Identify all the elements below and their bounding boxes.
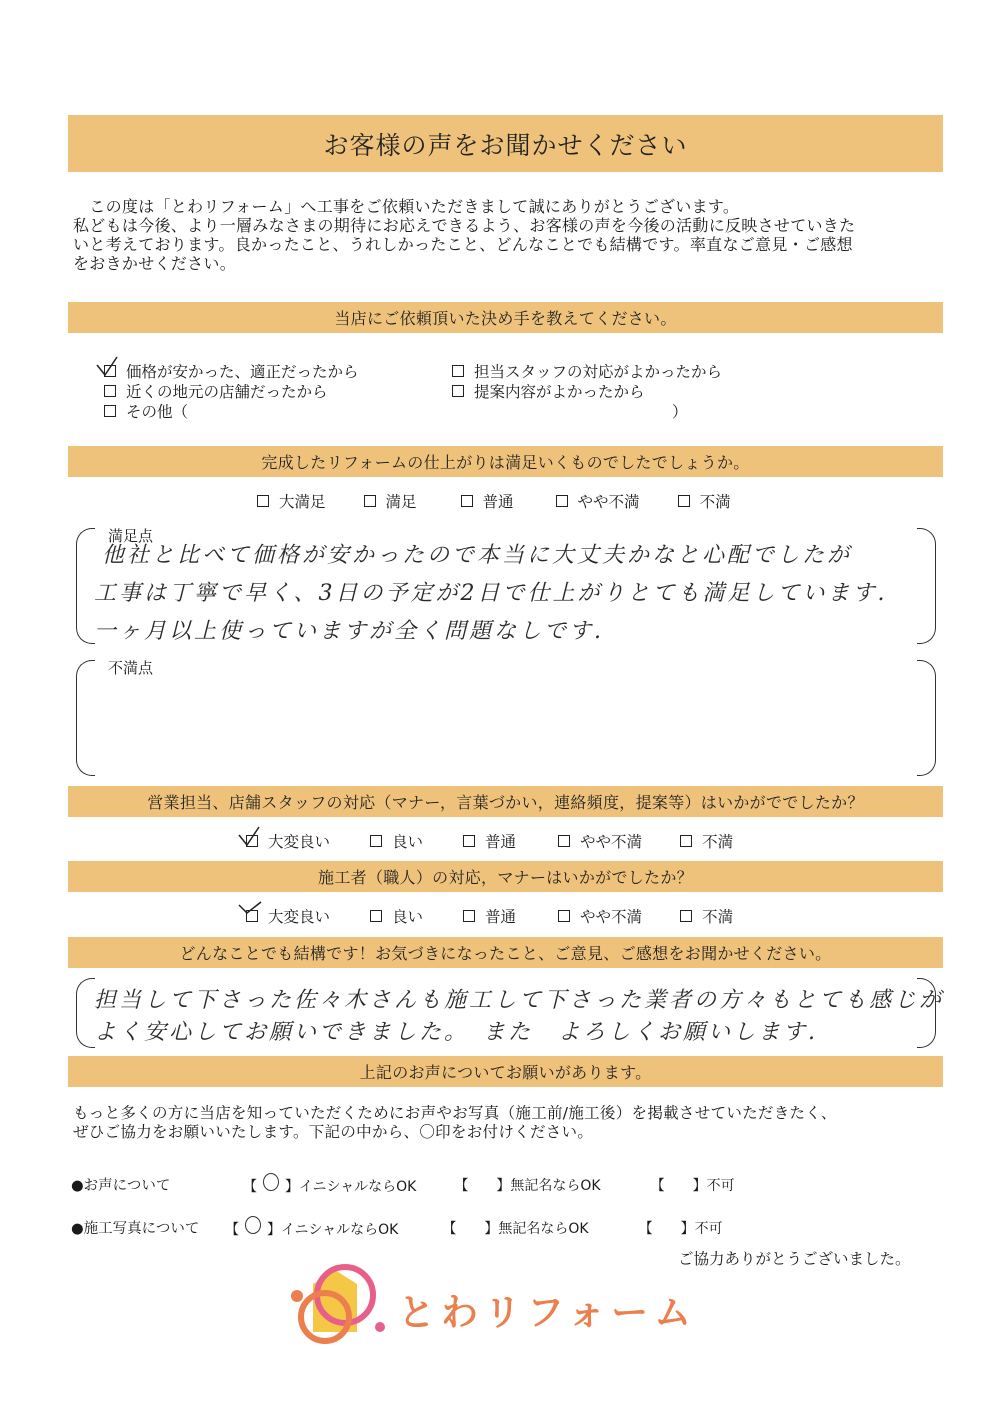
- option-label: 普通: [485, 830, 516, 852]
- request-body: もっと多くの方に当店を知っていただくためにお声やお写真（施工前/施工後）を掲載さ…: [73, 1104, 933, 1142]
- q4-option[interactable]: 良い: [370, 905, 423, 927]
- q5-heading-bar: どんなことでも結構です！お気づきになったこと、ご意見、ご感想をお聞かせください。: [68, 937, 943, 968]
- q3-option[interactable]: 大変良い: [246, 830, 330, 852]
- thanks-text: ご協力ありがとうございました。: [678, 1247, 911, 1269]
- q1-heading: 当店にご依頼頂いた決め手を教えてください。: [334, 306, 676, 329]
- checkbox[interactable]: [680, 835, 692, 847]
- logo-icon: [285, 1262, 395, 1347]
- checkbox[interactable]: [452, 365, 464, 377]
- q4-heading-bar: 施工者（職人）の対応，マナーはいかがでしたか？: [68, 861, 943, 892]
- checkbox[interactable]: [558, 910, 570, 922]
- checkbox[interactable]: [463, 835, 475, 847]
- checkbox[interactable]: [452, 385, 464, 397]
- choice-decline[interactable]: 【】不可: [639, 1218, 723, 1238]
- option-label: 不満: [702, 905, 733, 927]
- option-label: 不満: [700, 490, 731, 512]
- q3-option[interactable]: 不満: [680, 830, 733, 852]
- option-label: やや不満: [580, 830, 642, 852]
- circle-mark: [263, 1173, 279, 1191]
- page-title: お客様の声をお聞かせください: [323, 126, 687, 162]
- checkbox[interactable]: [558, 835, 570, 847]
- option-label: 大変良い: [268, 830, 330, 852]
- q2-option[interactable]: 大満足: [257, 490, 326, 512]
- consent-row-photo: ●施工写真について 【】イニシャルならOK 【】無記名ならOK 【】不可: [71, 1216, 723, 1239]
- left-bracket: [76, 660, 95, 776]
- choice-initial[interactable]: 【】イニシャルならOK: [225, 1216, 398, 1239]
- q4-heading: 施工者（職人）の対応，マナーはいかがでしたか？: [318, 865, 693, 888]
- q1-option-local[interactable]: 近くの地元の店舗だったから: [104, 380, 328, 402]
- handwritten-line: 工事は丁寧で早く、3日の予定が2日で仕上がりとても満足しています.: [94, 576, 888, 607]
- checkbox[interactable]: [104, 385, 116, 397]
- checkbox[interactable]: [461, 495, 473, 507]
- choice-label: 無記名ならOK: [498, 1221, 588, 1237]
- checkmark-icon: [238, 901, 264, 923]
- option-label: 価格が安かった、適正だったから: [126, 360, 359, 382]
- q1-option-proposal[interactable]: 提案内容がよかったから: [452, 380, 645, 402]
- option-label: 良い: [392, 905, 423, 927]
- handwritten-line: 他社と比べて価格が安かったので本当に大丈夫かなと心配でしたが: [102, 538, 852, 569]
- q2-heading-bar: 完成したリフォームの仕上がりは満足いくものでしたでしょうか。: [68, 446, 943, 477]
- right-bracket: [917, 660, 936, 776]
- choice-label: 不可: [695, 1221, 723, 1237]
- checkbox[interactable]: [364, 495, 376, 507]
- q1-other-close-paren: ）: [672, 400, 688, 422]
- q3-options: 大変良い 良い 普通 やや不満 不満: [246, 830, 733, 852]
- checkbox[interactable]: [680, 910, 692, 922]
- option-label: 大変良い: [268, 905, 330, 927]
- option-label: 近くの地元の店舗だったから: [126, 380, 328, 402]
- option-label: 担当スタッフの対応がよかったから: [474, 360, 722, 382]
- intro-line: 私どもは今後、より一層みなさまの期待にお応えできるよう、お客様の声を今後の活動に…: [73, 216, 933, 235]
- q4-option[interactable]: 大変良い: [246, 905, 330, 927]
- dissatisfied-label: 不満点: [106, 657, 155, 678]
- consent-label: ●施工写真について: [71, 1217, 225, 1238]
- q2-options: 大満足 満足 普通 やや不満 不満: [257, 490, 731, 512]
- request-heading: 上記のお声についてお願いがあります。: [360, 1060, 652, 1083]
- q3-heading: 営業担当、店舗スタッフの対応（マナー，言葉づかい，連絡頻度，提案等）はいかがでで…: [147, 790, 864, 813]
- request-heading-bar: 上記のお声についてお願いがあります。: [68, 1056, 943, 1087]
- request-line: もっと多くの方に当店を知っていただくためにお声やお写真（施工前/施工後）を掲載さ…: [73, 1104, 933, 1123]
- intro-line: をおきかせください。: [73, 254, 933, 273]
- checkbox[interactable]: [556, 495, 568, 507]
- checkbox-checked[interactable]: [246, 910, 258, 922]
- q4-option[interactable]: 普通: [463, 905, 516, 927]
- intro-paragraph: この度は「とわリフォーム」へ工事をご依頼いただきまして誠にありがとうございます。…: [73, 197, 933, 273]
- checkbox-checked[interactable]: [246, 835, 258, 847]
- page-title-bar: お客様の声をお聞かせください: [68, 115, 943, 172]
- q2-option[interactable]: やや不満: [556, 490, 640, 512]
- q2-option[interactable]: 不満: [678, 490, 731, 512]
- option-label: 大満足: [279, 490, 326, 512]
- q3-option[interactable]: やや不満: [558, 830, 642, 852]
- checkmark-icon: [96, 356, 122, 378]
- option-label: 良い: [392, 830, 423, 852]
- q5-heading: どんなことでも結構です！お気づきになったこと、ご意見、ご感想をお聞かせください。: [179, 941, 831, 964]
- q1-heading-bar: 当店にご依頼頂いた決め手を教えてください。: [68, 302, 943, 333]
- checkbox-checked[interactable]: [104, 365, 116, 377]
- checkbox[interactable]: [257, 495, 269, 507]
- q4-options: 大変良い 良い 普通 やや不満 不満: [246, 905, 733, 927]
- handwritten-line: 一ヶ月以上使っていますが全く問題なしです.: [94, 614, 604, 645]
- intro-line: この度は「とわリフォーム」へ工事をご依頼いただきまして誠にありがとうございます。: [73, 197, 933, 216]
- option-label: やや不満: [580, 905, 642, 927]
- choice-anonymous[interactable]: 【】無記名ならOK: [442, 1218, 588, 1238]
- choice-label: 不可: [707, 1178, 735, 1194]
- q4-option[interactable]: 不満: [680, 905, 733, 927]
- choice-anonymous[interactable]: 【】無記名ならOK: [454, 1175, 600, 1195]
- brand-name: とわリフォーム: [398, 1282, 697, 1336]
- q1-option-price[interactable]: 価格が安かった、適正だったから: [104, 360, 359, 382]
- choice-decline[interactable]: 【】不可: [651, 1175, 735, 1195]
- q4-option[interactable]: やや不満: [558, 905, 642, 927]
- handwritten-line: 担当して下さった佐々木さんも施工して下さった業者の方々もとても感じが: [94, 983, 944, 1014]
- checkbox[interactable]: [104, 405, 116, 417]
- q1-option-staff[interactable]: 担当スタッフの対応がよかったから: [452, 360, 722, 382]
- option-label: その他（: [126, 400, 188, 422]
- dissatisfied-comment-box[interactable]: 不満点: [76, 660, 936, 776]
- right-bracket: [917, 528, 936, 644]
- option-label: 普通: [485, 905, 516, 927]
- left-bracket: [76, 978, 95, 1048]
- circle-mark: [245, 1216, 261, 1234]
- q2-option[interactable]: 満足: [364, 490, 417, 512]
- request-line: ぜひご協力をお願いいたします。下記の中から、〇印をお付けください。: [73, 1123, 933, 1142]
- option-label: 満足: [386, 490, 417, 512]
- q3-heading-bar: 営業担当、店舗スタッフの対応（マナー，言葉づかい，連絡頻度，提案等）はいかがでで…: [68, 786, 943, 817]
- choice-initial[interactable]: 【】イニシャルならOK: [243, 1173, 416, 1196]
- option-label: 不満: [702, 830, 733, 852]
- intro-line: いと考えております。良かったこと、うれしかったこと、どんなことでも結構です。率直…: [73, 235, 933, 254]
- consent-label: ●お声について: [71, 1174, 243, 1195]
- q3-option[interactable]: 普通: [463, 830, 516, 852]
- q2-option[interactable]: 普通: [461, 490, 514, 512]
- checkbox[interactable]: [463, 910, 475, 922]
- choice-label: イニシャルならOK: [281, 1222, 398, 1238]
- option-label: 提案内容がよかったから: [474, 380, 645, 402]
- option-label: やや不満: [578, 490, 640, 512]
- option-label: 普通: [483, 490, 514, 512]
- q1-option-other[interactable]: その他（: [104, 400, 188, 422]
- checkmark-icon: [238, 826, 264, 848]
- choice-label: イニシャルならOK: [299, 1179, 416, 1195]
- choice-label: 無記名ならOK: [510, 1178, 600, 1194]
- left-bracket: [76, 528, 95, 644]
- consent-row-voice: ●お声について 【】イニシャルならOK 【】無記名ならOK 【】不可: [71, 1173, 735, 1196]
- q3-option[interactable]: 良い: [370, 830, 423, 852]
- q2-heading: 完成したリフォームの仕上がりは満足いくものでしたでしょうか。: [261, 450, 749, 473]
- checkbox[interactable]: [370, 835, 382, 847]
- checkbox[interactable]: [370, 910, 382, 922]
- handwritten-line: よく安心してお願いできました。 また よろしくお願いします.: [94, 1015, 818, 1046]
- checkbox[interactable]: [678, 495, 690, 507]
